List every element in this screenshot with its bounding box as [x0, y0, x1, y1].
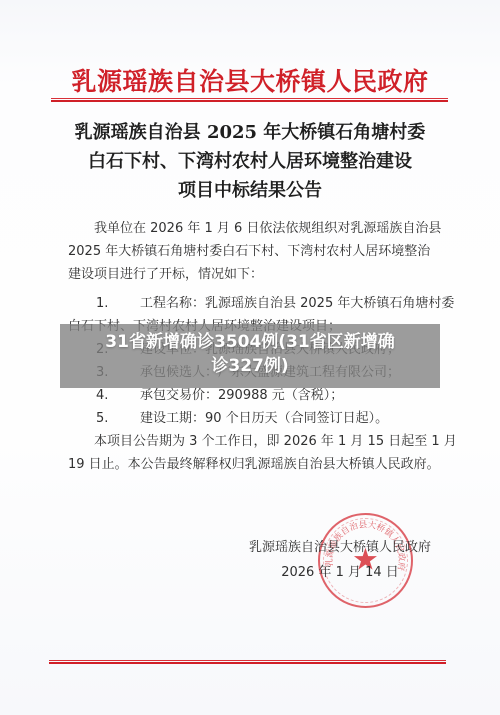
list-item: 5.建设工期：90 个日历天（合同签订日起）。 — [68, 407, 448, 430]
signature-date: 2026 年 1 月 14 日 — [230, 561, 450, 580]
document-page: 乳源瑶族自治县大桥镇人民政府 乳源瑶族自治县 2025 年大桥镇石角塘村委 白石… — [0, 0, 500, 715]
document-title: 乳源瑶族自治县 2025 年大桥镇石角塘村委 白石下村、下湾村农村人居环境整治建… — [60, 118, 440, 205]
item-text: 工程名称：乳源瑶族自治县 2025 年大桥镇石角塘村委 — [140, 296, 454, 311]
notice-line: 本项目公告期为 3 个工作日，即 2026 年 1 月 15 日起至 1 月 — [68, 430, 448, 453]
title-line: 乳源瑶族自治县 2025 年大桥镇石角塘村委 — [60, 118, 440, 147]
intro-line: 建设项目进行了开标，情况如下： — [68, 263, 448, 286]
item-text: 建设工期：90 个日历天（合同签订日起）。 — [140, 411, 388, 426]
intro-line: 我单位在 2026 年 1 月 6 日依法依规组织对乳源瑶族自治县 — [68, 217, 448, 240]
masthead-red-rule — [51, 98, 448, 102]
notice-line: 19 日止。本公告最终解释权归乳源瑶族自治县大桥镇人民政府。 — [68, 453, 448, 476]
signature-org: 乳源瑶族自治县大桥镇人民政府 — [230, 536, 450, 555]
intro-line: 2025 年大桥镇石角塘村委白石下村、下湾村农村人居环境整治 — [68, 240, 448, 263]
intro-paragraph: 我单位在 2026 年 1 月 6 日依法依规组织对乳源瑶族自治县 2025 年… — [68, 217, 448, 286]
footer-red-rule — [49, 660, 446, 664]
item-number: 5. — [68, 407, 140, 430]
title-line: 项目中标结果公告 — [60, 176, 440, 205]
headline-overlay-text[interactable]: 31省新增确诊3504例(31省区新增确 诊327例) — [0, 330, 500, 378]
headline-line: 31省新增确诊3504例(31省区新增确 — [0, 330, 500, 354]
headline-line: 诊327例) — [0, 354, 500, 378]
item-text: 承包交易价：290988 元（含税）； — [140, 388, 343, 403]
item-number: 1. — [68, 292, 140, 315]
notice-paragraph: 本项目公告期为 3 个工作日，即 2026 年 1 月 15 日起至 1 月 1… — [68, 430, 448, 476]
masthead-title: 乳源瑶族自治县大桥镇人民政府 — [0, 62, 500, 98]
list-item: 1.工程名称：乳源瑶族自治县 2025 年大桥镇石角塘村委 — [68, 292, 448, 315]
title-line: 白石下村、下湾村农村人居环境整治建设 — [60, 147, 440, 176]
